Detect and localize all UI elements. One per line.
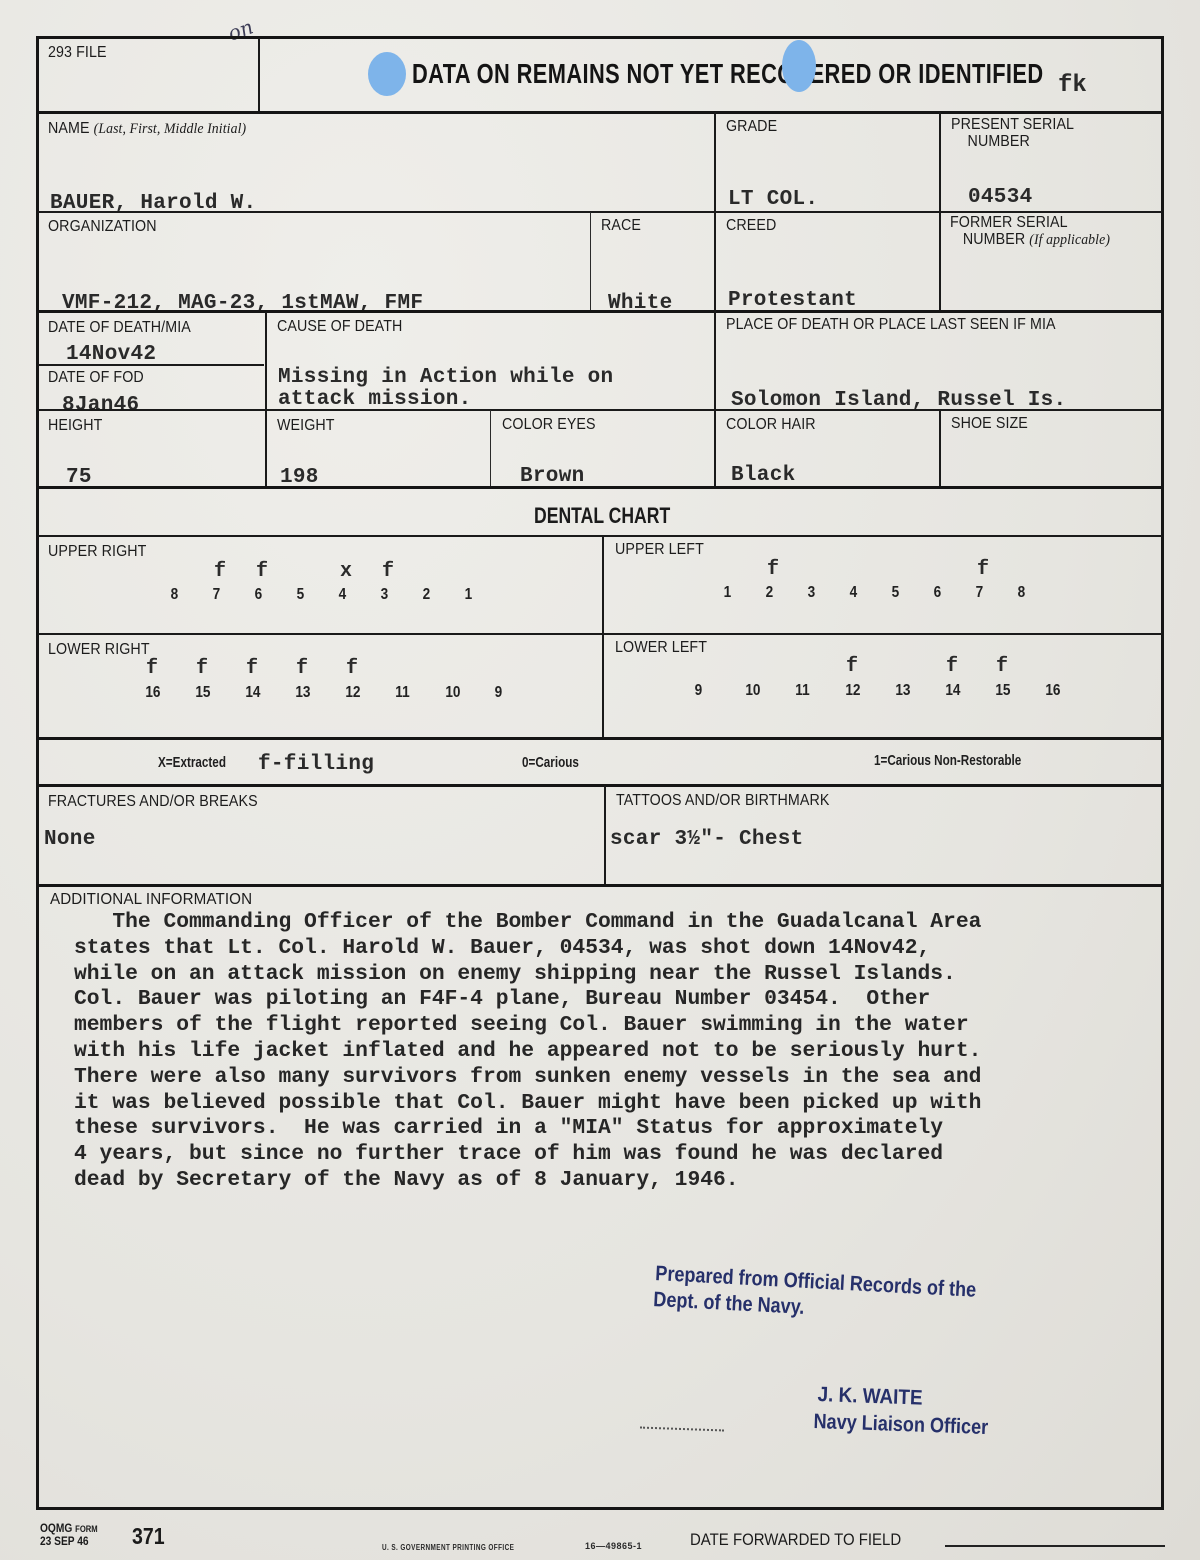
- filling-mark: f: [246, 657, 258, 680]
- tooth-number: 12: [845, 682, 860, 700]
- tooth-number: 11: [795, 682, 809, 700]
- tooth-number: 2: [766, 584, 774, 602]
- date-forwarded-label: DATE FORWARDED TO FIELD: [690, 1530, 901, 1550]
- divider: [38, 737, 1162, 740]
- tooth-number: 10: [745, 682, 760, 700]
- weight-label: WEIGHT: [277, 417, 335, 435]
- tooth-number: 13: [295, 684, 310, 702]
- divider: [604, 786, 606, 884]
- dental-chart-title: DENTAL CHART: [534, 503, 670, 529]
- tooth-number: 10: [445, 684, 460, 702]
- color-eyes-value: Brown: [520, 465, 585, 488]
- filling-mark: f: [382, 560, 394, 583]
- tooth-number: 4: [339, 586, 347, 604]
- filling-mark: f: [946, 655, 958, 678]
- printer-label: U. S. GOVERNMENT PRINTING OFFICE: [382, 1543, 514, 1552]
- divider: [38, 486, 1162, 489]
- tooth-number: 12: [345, 684, 360, 702]
- upper-left-label: UPPER LEFT: [615, 541, 704, 559]
- filling-mark: f: [767, 558, 779, 581]
- date-of-death-value: 14Nov42: [66, 343, 156, 366]
- tooth-number: 2: [423, 586, 431, 604]
- former-serial-label: FORMER SERIAL NUMBER (If applicable): [950, 214, 1110, 249]
- tooth-number: 3: [808, 584, 816, 602]
- legend-extracted: X=Extracted: [158, 754, 226, 771]
- divider: [265, 312, 267, 486]
- divider: [38, 884, 1162, 887]
- divider: [38, 633, 1162, 635]
- cause-of-death-value: Missing in Action while on attack missio…: [278, 367, 613, 411]
- upper-right-label: UPPER RIGHT: [48, 543, 146, 561]
- tooth-number: 1: [724, 584, 732, 602]
- organization-label: ORGANIZATION: [48, 218, 157, 236]
- divider: [38, 409, 1162, 411]
- tooth-number: 8: [1018, 584, 1026, 602]
- legend-non-restorable: 1=Carious Non-Restorable: [874, 752, 1021, 769]
- tooth-number: 8: [171, 586, 179, 604]
- color-hair-label: COLOR HAIR: [726, 416, 816, 434]
- tooth-number: 1: [465, 586, 473, 604]
- color-eyes-label: COLOR EYES: [502, 416, 596, 434]
- grade-value: LT COL.: [728, 188, 818, 211]
- tooth-number: 16: [1045, 682, 1060, 700]
- tooth-number: 14: [245, 684, 260, 702]
- lower-right-label: LOWER RIGHT: [48, 641, 150, 659]
- additional-info-label: ADDITIONAL INFORMATION: [50, 891, 252, 909]
- color-hair-value: Black: [731, 464, 796, 487]
- divider: [714, 310, 716, 486]
- tooth-number: 3: [381, 586, 389, 604]
- print-code: 16—49865-1: [585, 1541, 642, 1551]
- tattoos-label: TATTOOS AND/OR BIRTHMARK: [616, 792, 829, 810]
- form-agency: OQMG FORM 23 SEP 46: [40, 1522, 98, 1547]
- tooth-number: 13: [895, 682, 910, 700]
- present-serial-label: PRESENT SERIAL NUMBER: [951, 116, 1074, 150]
- legend-filling: f-filling: [258, 753, 374, 776]
- creed-label: CREED: [726, 217, 776, 235]
- divider: [38, 784, 1162, 787]
- divider: [258, 38, 260, 112]
- date-of-fod-value: 8Jan46: [62, 394, 139, 417]
- grade-label: GRADE: [726, 118, 777, 136]
- race-label: RACE: [601, 217, 641, 235]
- punch-hole: [368, 52, 406, 96]
- divider: [939, 410, 941, 486]
- date-forwarded-field[interactable]: [945, 1545, 1165, 1547]
- divider: [602, 536, 604, 738]
- tooth-number: 7: [976, 584, 984, 602]
- fractures-label: FRACTURES AND/OR BREAKS: [48, 793, 258, 811]
- tattoos-value: scar 3½"- Chest: [610, 828, 804, 851]
- tooth-number: 7: [213, 586, 221, 604]
- additional-info-text: The Commanding Officer of the Bomber Com…: [74, 910, 1154, 1194]
- height-label: HEIGHT: [48, 417, 102, 435]
- divider: [38, 211, 1162, 213]
- legend-carious: 0=Carious: [522, 754, 579, 771]
- punch-hole: [782, 40, 816, 92]
- form-number: 371: [132, 1523, 165, 1550]
- filling-mark: f: [996, 655, 1008, 678]
- file-label: 293 FILE: [48, 44, 107, 62]
- filling-mark: f: [296, 657, 308, 680]
- tooth-number: 16: [145, 684, 160, 702]
- name-label: NAME (Last, First, Middle Initial): [48, 120, 246, 138]
- filling-mark: f: [977, 558, 989, 581]
- tooth-number: 5: [892, 584, 900, 602]
- date-of-fod-label: DATE OF FOD: [48, 369, 144, 387]
- cause-of-death-label: CAUSE OF DEATH: [277, 318, 402, 336]
- date-of-death-label: DATE OF DEATH/MIA: [48, 319, 191, 337]
- tooth-number: 9: [695, 682, 703, 700]
- tooth-number: 6: [255, 586, 263, 604]
- filling-mark: f: [196, 657, 208, 680]
- form-title: DATA ON REMAINS NOT YET RECOVERED OR IDE…: [412, 58, 1044, 90]
- lower-left-label: LOWER LEFT: [615, 639, 707, 657]
- divider: [490, 410, 491, 486]
- signer-name: J. K. WAITE: [817, 1383, 923, 1411]
- filling-mark: f: [146, 657, 158, 680]
- divider: [38, 364, 264, 366]
- tooth-number: 5: [297, 586, 305, 604]
- filling-mark: f: [214, 560, 226, 583]
- divider: [590, 212, 591, 312]
- divider: [38, 111, 1162, 114]
- divider: [38, 310, 1162, 313]
- tooth-number: 11: [395, 684, 409, 702]
- extracted-mark: x: [340, 560, 352, 583]
- fractures-value: None: [44, 828, 96, 851]
- tooth-number: 6: [934, 584, 942, 602]
- filling-mark: f: [846, 655, 858, 678]
- corner-annotation: fk: [1058, 72, 1087, 99]
- tooth-number: 15: [995, 682, 1010, 700]
- tooth-number: 9: [495, 684, 503, 702]
- shoe-size-label: SHOE SIZE: [951, 415, 1028, 433]
- place-of-death-label: PLACE OF DEATH OR PLACE LAST SEEN IF MIA: [726, 316, 1056, 334]
- tooth-number: 4: [850, 584, 858, 602]
- filling-mark: f: [346, 657, 358, 680]
- divider: [38, 535, 1162, 537]
- creed-value: Protestant: [728, 289, 857, 312]
- form-frame: [36, 36, 1164, 1510]
- tooth-number: 15: [195, 684, 210, 702]
- filling-mark: f: [256, 560, 268, 583]
- tooth-number: 14: [945, 682, 960, 700]
- present-serial-value: 04534: [968, 186, 1033, 209]
